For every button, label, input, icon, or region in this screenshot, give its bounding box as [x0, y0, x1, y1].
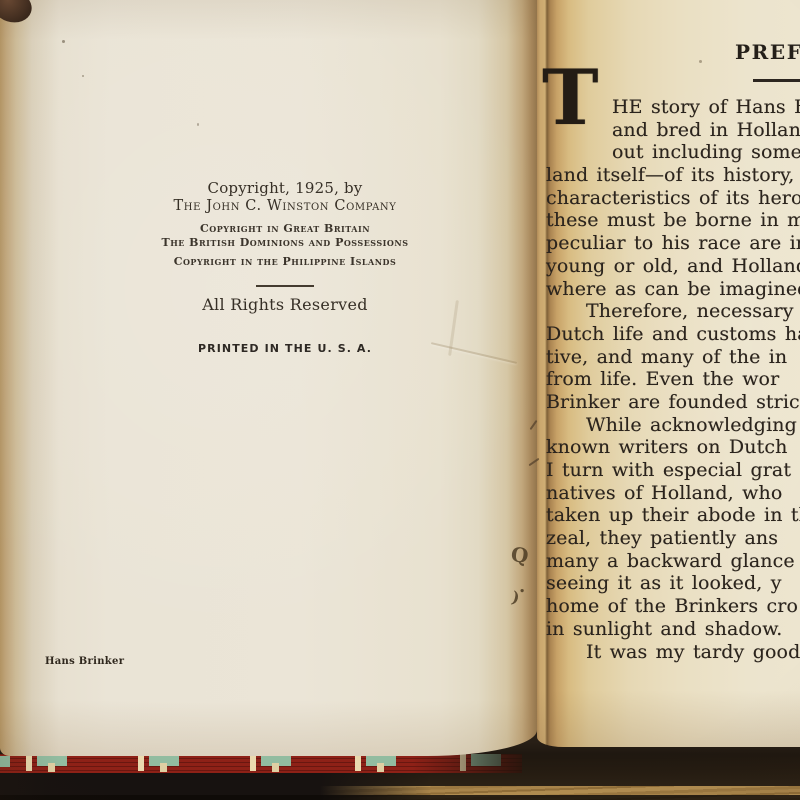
band-cream-tick: [48, 763, 55, 772]
paper-speck: [82, 75, 84, 77]
preface-text-line: I turn with especial grat: [546, 459, 800, 482]
preface-text-line: out including somet: [546, 141, 800, 164]
all-rights-reserved: All Rights Reserved: [150, 296, 420, 314]
copyright-line: Copyright in the Philippine Islands: [150, 255, 420, 268]
separator-rule: [256, 285, 314, 287]
preface-text-line: zeal, they patiently ans: [546, 527, 800, 550]
band-cream-bar: [250, 754, 256, 771]
preface-text-line: It was my tardy good: [546, 641, 800, 664]
preface-text-line: these must be borne in mi: [546, 209, 800, 232]
heading-rule: [753, 79, 800, 82]
paper-speck: [62, 40, 65, 43]
band-cream-tick: [377, 763, 384, 772]
band-cream-tick: [272, 763, 279, 772]
gutter-glyph: Q: [510, 542, 530, 568]
band-pattern-group: [138, 754, 186, 773]
printed-in-usa: PRINTED IN THE U. S. A.: [150, 342, 420, 355]
paper-speck: [699, 60, 702, 63]
preface-text-line: Therefore, necessary a: [546, 300, 800, 323]
copyright-line: Copyright, 1925, by: [150, 180, 420, 197]
band-pattern-group: [26, 754, 74, 773]
preface-text-line: many a backward glance: [546, 550, 800, 573]
preface-text-line: peculiar to his race are ing: [546, 232, 800, 255]
paper-crease: [431, 342, 517, 364]
preface-text-line: in sunlight and shadow.: [546, 618, 800, 641]
preface-text-line: taken up their abode in th: [546, 504, 800, 527]
band-teal-block: [0, 756, 10, 767]
band-shadow-fade: [412, 754, 522, 773]
preface-text-line: Brinker are founded strict: [546, 391, 800, 414]
preface-text-line: land itself—of its history, it: [546, 164, 800, 187]
preface-text-line: where as can be imagined.: [546, 278, 800, 301]
open-book-photo: Copyright, 1925, by The John C. Winston …: [0, 0, 800, 800]
preface-text-line: home of the Brinkers cro: [546, 595, 800, 618]
band-cream-tick: [160, 763, 167, 772]
preface-body: HE story of Hans Br and bred in Holland …: [546, 96, 800, 663]
band-pattern-group: [250, 754, 298, 773]
copyright-line: The British Dominions and Possessions: [150, 236, 420, 249]
right-page: PREFA T HE story of Hans Br and bred in …: [537, 0, 800, 747]
left-page: Copyright, 1925, by The John C. Winston …: [0, 0, 537, 756]
preface-text-line: seeing it as it looked, y: [546, 572, 800, 595]
preface-text-line: natives of Holland, who: [546, 482, 800, 505]
band-pattern-group: [355, 754, 403, 773]
copyright-line: Copyright in Great Britain: [150, 222, 420, 235]
preface-text-line: from life. Even the wor: [546, 368, 800, 391]
preface-text-line: characteristics of its heroic: [546, 187, 800, 210]
preface-text-line: Dutch life and customs ha: [546, 323, 800, 346]
preface-text-line: and bred in Holland: [546, 119, 800, 142]
preface-text-line: young or old, and Holland: [546, 255, 800, 278]
band-cream-bar: [26, 754, 32, 771]
signature-mark: Hans Brinker: [45, 656, 124, 667]
preface-text-line: HE story of Hans Br: [546, 96, 800, 119]
book-cover-decorated-band: [0, 754, 522, 773]
preface-heading: PREFA: [735, 40, 800, 64]
preface-text-line: While acknowledging m: [546, 414, 800, 437]
preface-text-line: tive, and many of the in: [546, 346, 800, 369]
cover-corner-peek: [0, 0, 36, 27]
table-edge-shadow: [0, 795, 800, 800]
paper-speck: [197, 123, 199, 126]
band-cream-bar: [355, 754, 361, 771]
publisher-line: The John C. Winston Company: [150, 198, 420, 214]
preface-text-line: known writers on Dutch: [546, 436, 800, 459]
copyright-block: Copyright, 1925, by The John C. Winston …: [150, 180, 420, 355]
band-cream-bar: [138, 754, 144, 771]
